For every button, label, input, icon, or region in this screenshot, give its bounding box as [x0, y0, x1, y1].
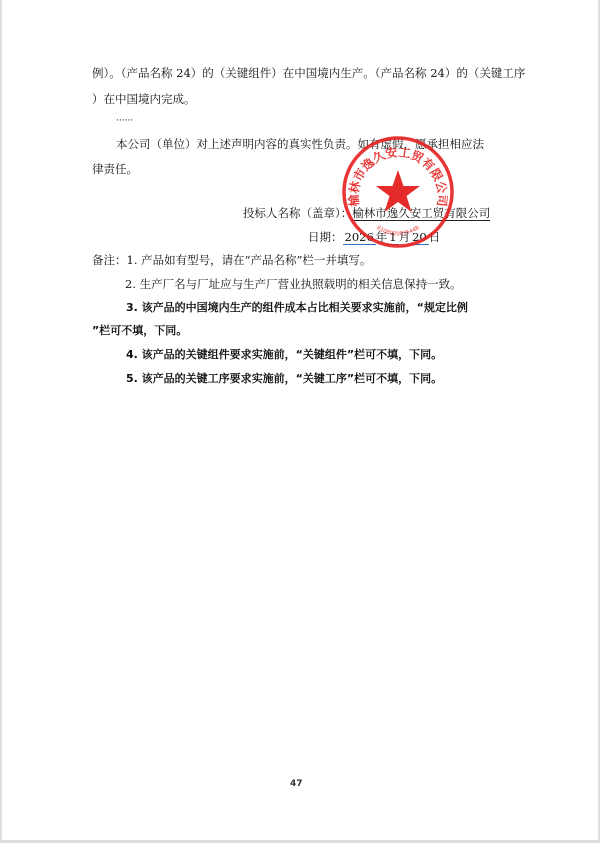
notes-line-1: 备注：1. 产品如有型号，请在“产品名称”栏一并填写。 [92, 253, 371, 267]
page-number: 47 [290, 779, 303, 789]
page-edge-left [0, 0, 2, 843]
date-line: 日期：2026年1月20日 [308, 230, 440, 244]
date-year-suffix: 年 [376, 230, 388, 244]
note-item-5: 5. 该产品的关键工序要求实施前，“关键工序”栏可不填，下同。 [126, 372, 442, 386]
note-item-3-cont: ”栏可不填，下同。 [92, 324, 187, 338]
date-year: 2026 [343, 230, 376, 245]
declaration-line-2: 律责任。 [92, 162, 138, 176]
paragraph-line-1: 例）。（产品名称 24）的（关键组件）在中国境内生产。（产品名称 24）的（关键… [92, 66, 525, 80]
note-item-4: 4. 该产品的关键组件要求实施前，“关键组件”栏可不填，下同。 [126, 348, 442, 362]
note-item-1: 1. 产品如有型号，请在“产品名称”栏一并填写。 [127, 253, 372, 267]
date-day-suffix: 日 [429, 230, 441, 244]
paragraph-line-2: ）在中国境内完成。 [92, 92, 196, 106]
note-item-3: 3. 该产品的中国境内生产的组件成本占比相关要求实施前，“规定比例 [126, 301, 468, 315]
ellipsis: ······ [116, 114, 133, 128]
bidder-label: 投标人名称（盖章）： [243, 206, 352, 220]
notes-label: 备注： [92, 253, 127, 267]
bidder-signature-line: 投标人名称（盖章）：榆林市逸久安工贸有限公司 [243, 206, 490, 220]
svg-text:榆林市逸久安工贸有限公司: 榆林市逸久安工贸有限公司 [346, 144, 450, 207]
date-month-suffix: 月 [399, 230, 411, 244]
bidder-name: 榆林市逸久安工贸有限公司 [352, 206, 490, 221]
note-item-2: 2. 生产厂名与厂址应与生产厂营业执照载明的相关信息保持一致。 [125, 277, 462, 291]
date-label: 日期： [308, 230, 343, 244]
declaration-line-1: 本公司（单位）对上述声明内容的真实性负责。如有虚假，愿承担相应法 [116, 137, 484, 151]
stamp-ring-text: 榆林市逸久安工贸有限公司 [346, 144, 450, 207]
date-day: 20 [410, 230, 429, 245]
date-month: 1 [387, 230, 398, 245]
